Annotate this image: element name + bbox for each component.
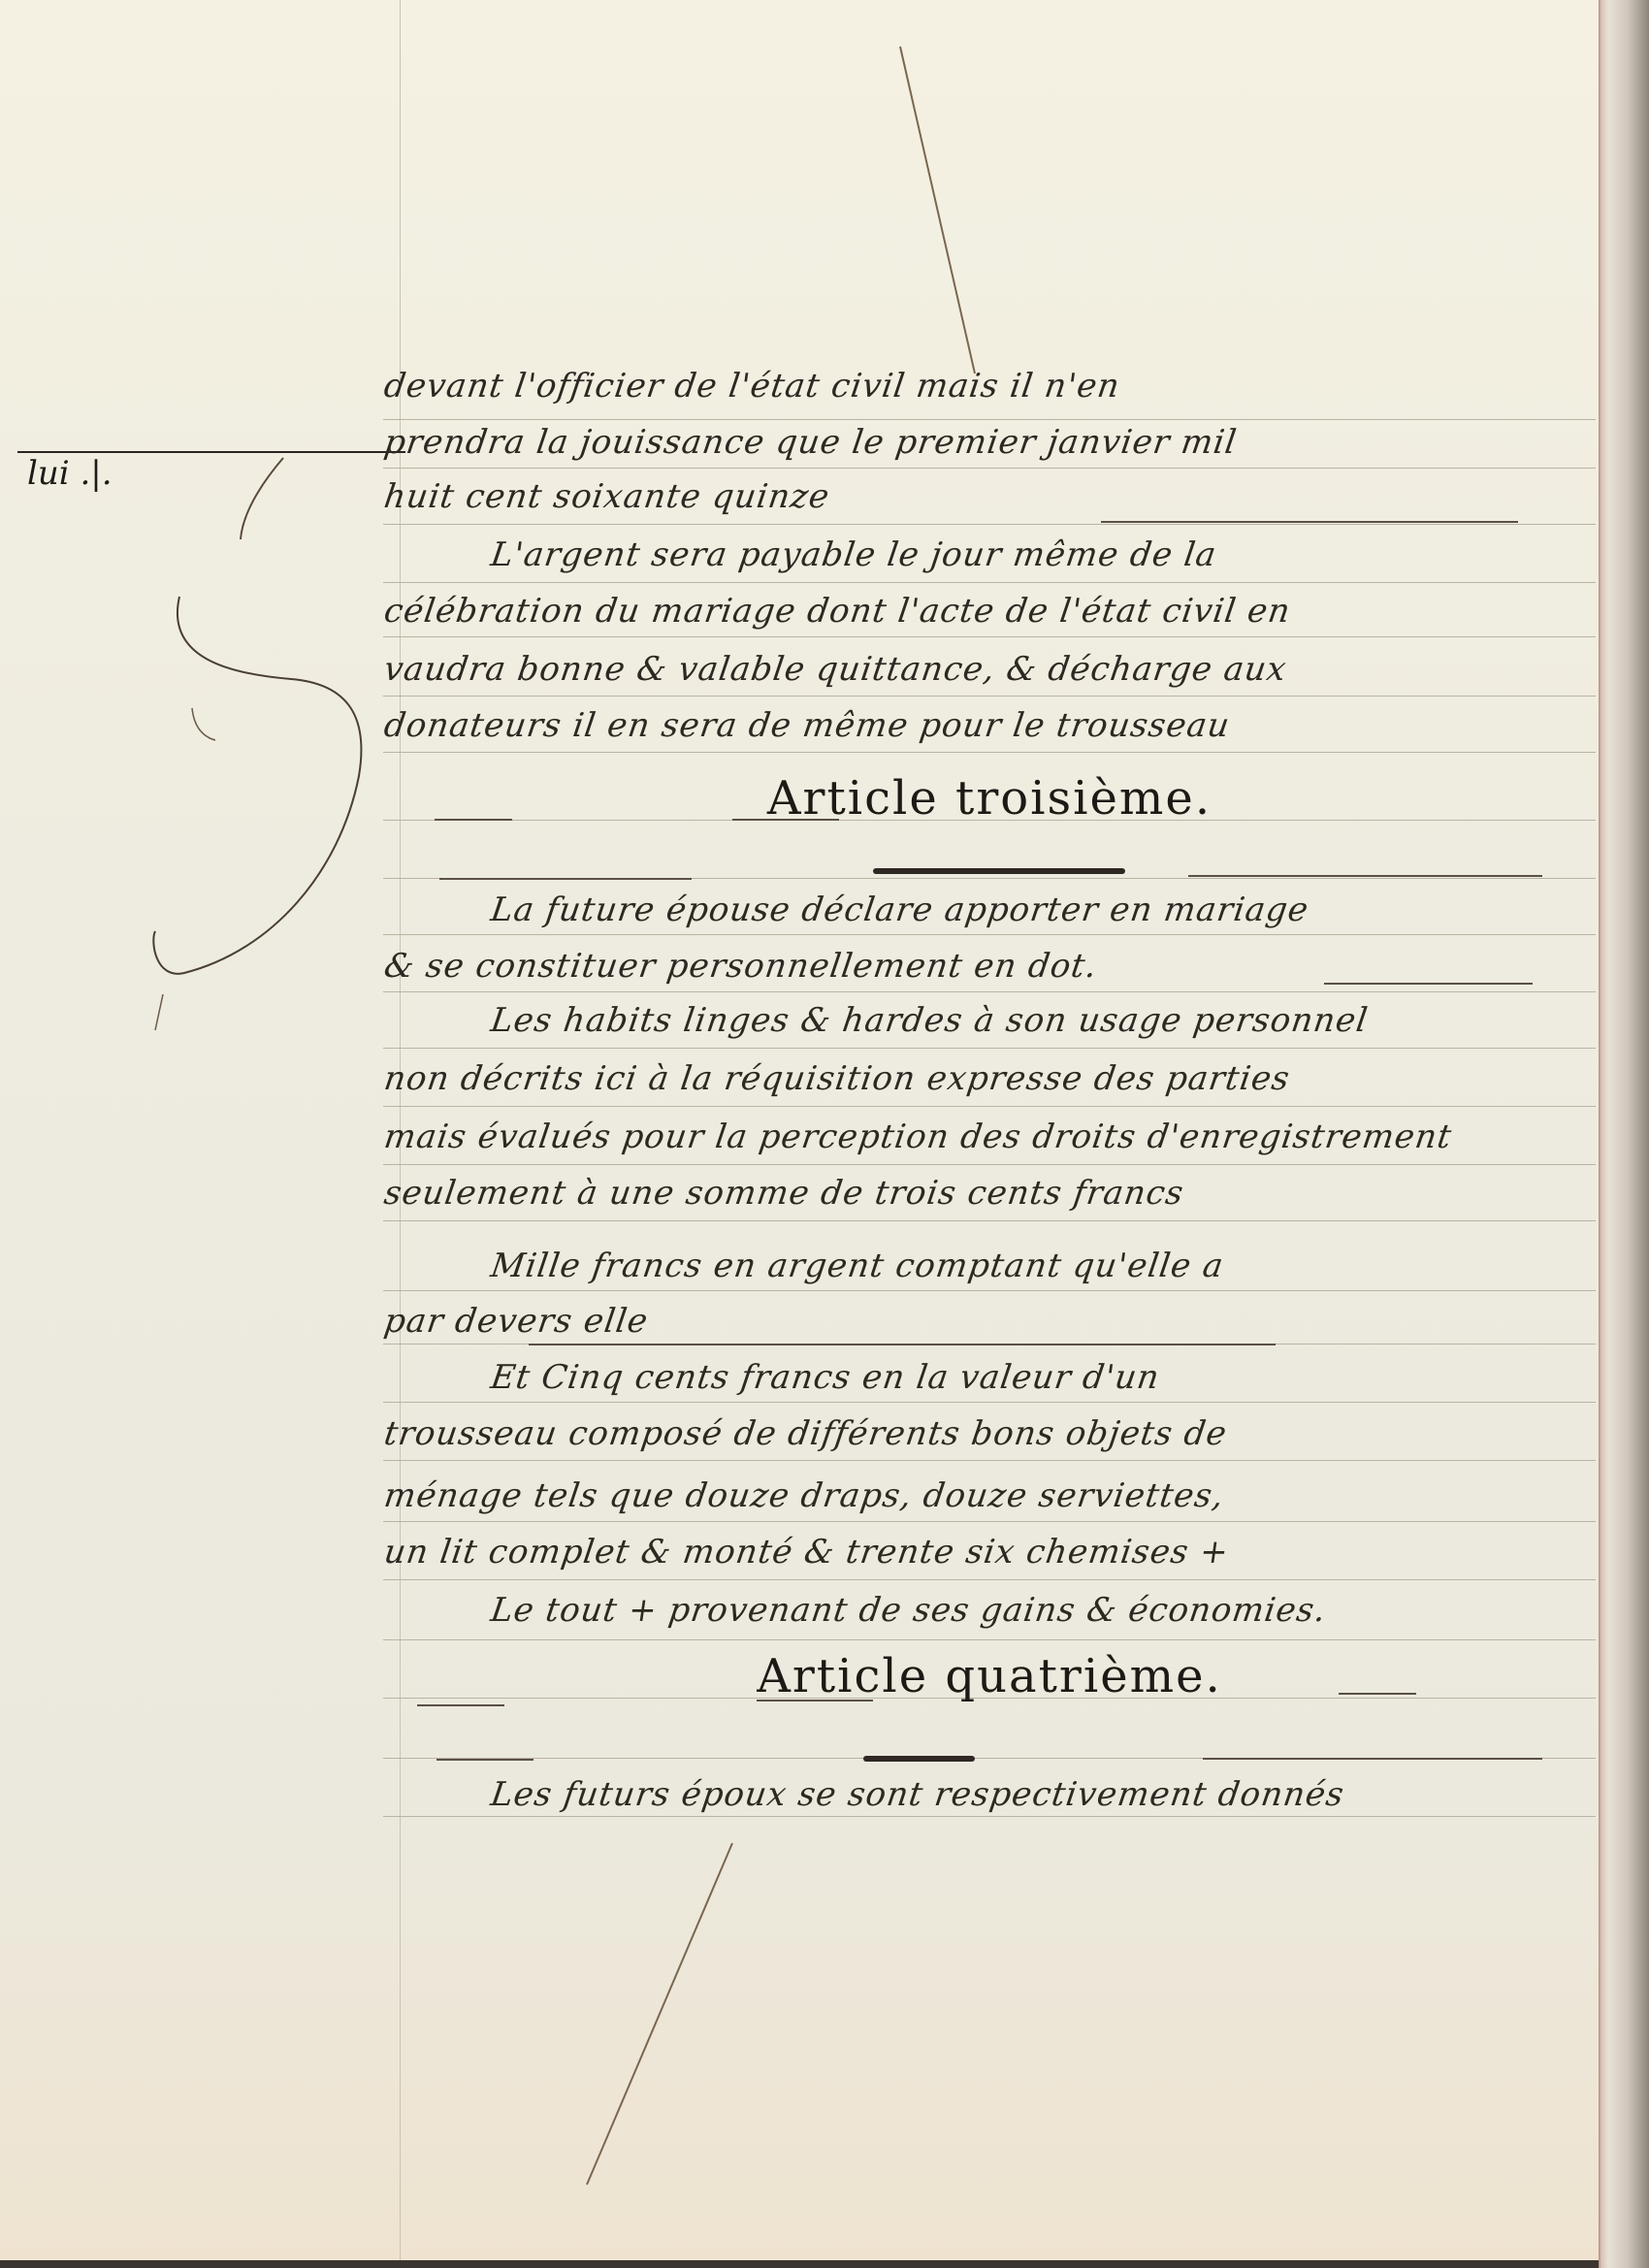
- margin-flourish: [153, 597, 361, 974]
- manuscript-page: lui .|. devant l'officier de l'état civi…: [0, 0, 1599, 2268]
- diagonal-strike-bottom: [587, 1843, 732, 2185]
- pen-strokes: [0, 0, 1599, 2268]
- margin-stroke: [241, 458, 283, 539]
- book-binding-edge: [1599, 0, 1649, 2268]
- diagonal-strike-top: [900, 47, 975, 373]
- page-bottom-edge: [0, 2260, 1599, 2268]
